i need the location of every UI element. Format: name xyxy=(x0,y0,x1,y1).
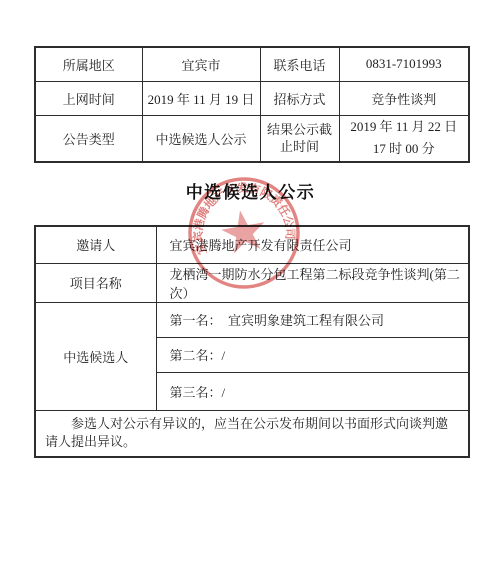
bid-method-label: 招标方式 xyxy=(260,81,339,115)
inviter-value: 宜宾港腾地产开发有限责任公司 xyxy=(156,226,469,263)
project-name-label: 项目名称 xyxy=(35,263,156,302)
project-name-value: 龙栖湾一期防水分包工程第二标段竞争性谈判(第二次） xyxy=(156,263,469,302)
table-row: 所属地区 宜宾市 联系电话 0831-7101993 xyxy=(35,47,469,81)
notice-type-label: 公告类型 xyxy=(35,115,142,162)
table-row: 中选候选人 第一名： 宜宾明象建筑工程有限公司 xyxy=(35,302,469,337)
table-row: 上网时间 2019 年 11 月 19 日 招标方式 竞争性谈判 xyxy=(35,81,469,115)
table-row: 邀请人 宜宾港腾地产开发有限责任公司 xyxy=(35,226,469,263)
inviter-label: 邀请人 xyxy=(35,226,156,263)
candidates-label: 中选候选人 xyxy=(35,302,156,410)
publish-time-value: 2019 年 11 月 19 日 xyxy=(142,81,260,115)
objection-note: 参选人对公示有异议的，应当在公示发布期间以书面形式向谈判邀请人提出异议。 xyxy=(45,415,459,453)
page-title: 中选候选人公示 xyxy=(0,178,501,203)
region-label: 所属地区 xyxy=(35,47,142,81)
bid-method-value: 竞争性谈判 xyxy=(339,81,469,115)
first-place-value: 第一名： 宜宾明象建筑工程有限公司 xyxy=(156,302,469,337)
deadline-date: 2019 年 11 月 22 日 xyxy=(340,116,469,139)
detail-table: 邀请人 宜宾港腾地产开发有限责任公司 项目名称 龙栖湾一期防水分包工程第二标段竞… xyxy=(34,225,470,458)
second-place-value: 第二名：/ xyxy=(156,337,469,372)
deadline-label: 结果公示截止时间 xyxy=(260,115,339,162)
objection-note-cell: 参选人对公示有异议的，应当在公示发布期间以书面形式向谈判邀请人提出异议。 xyxy=(35,410,469,457)
phone-value: 0831-7101993 xyxy=(339,47,469,81)
notice-type-value: 中选候选人公示 xyxy=(142,115,260,162)
table-row: 公告类型 中选候选人公示 结果公示截止时间 2019 年 11 月 22 日 1… xyxy=(35,115,469,162)
info-table: 所属地区 宜宾市 联系电话 0831-7101993 上网时间 2019 年 1… xyxy=(34,46,470,163)
third-place-value: 第三名：/ xyxy=(156,372,469,410)
announcement-page: { "info_table": { "region_label": "所属地区"… xyxy=(0,0,501,585)
table-row: 参选人对公示有异议的，应当在公示发布期间以书面形式向谈判邀请人提出异议。 xyxy=(35,410,469,457)
region-value: 宜宾市 xyxy=(142,47,260,81)
table-row: 项目名称 龙栖湾一期防水分包工程第二标段竞争性谈判(第二次） xyxy=(35,263,469,302)
deadline-time: 17 时 00 分 xyxy=(340,138,469,161)
publish-time-label: 上网时间 xyxy=(35,81,142,115)
deadline-value: 2019 年 11 月 22 日 17 时 00 分 xyxy=(339,115,469,162)
phone-label: 联系电话 xyxy=(260,47,339,81)
